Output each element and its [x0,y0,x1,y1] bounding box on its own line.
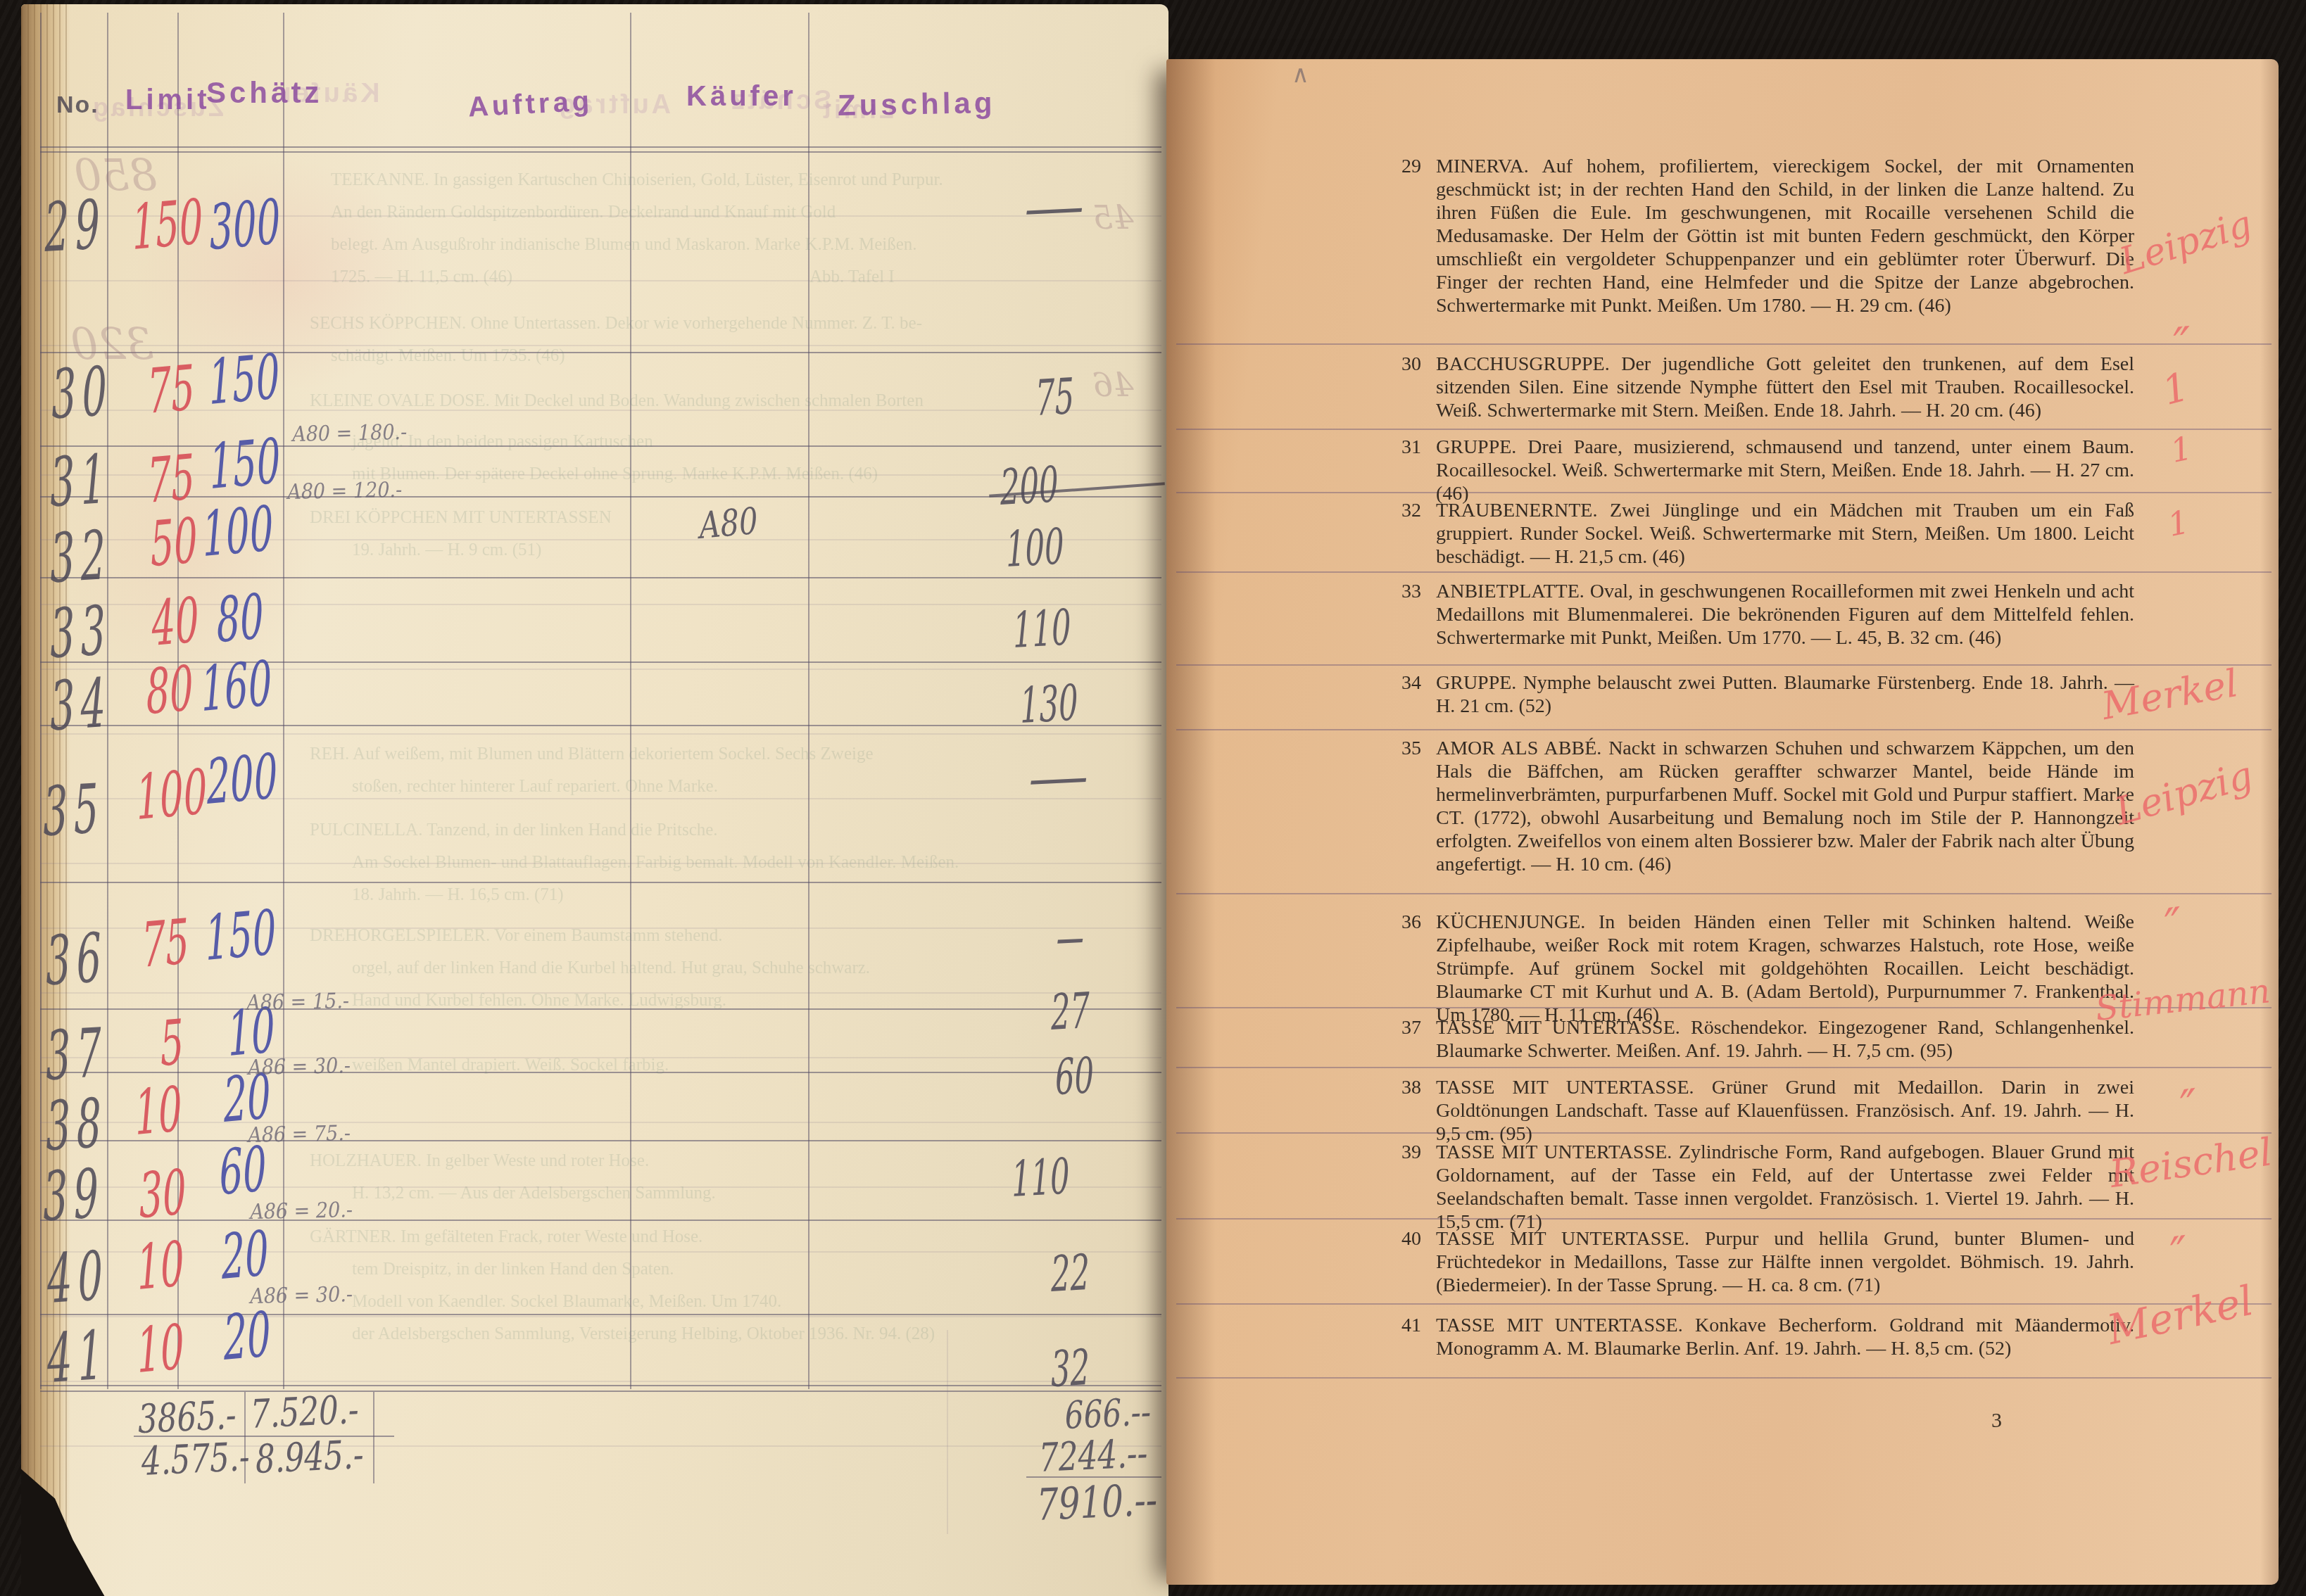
bleed-through-number: 45 [1092,198,1134,236]
lot-number: 36 [1368,911,1421,934]
column-rule [40,13,42,1389]
scanned-book-spread: No.LimitSchätzAuftragKäuferZuschlagZusch… [0,0,2306,1596]
item-separator [1176,343,2272,345]
gutter-shadow [1166,59,1216,1585]
row-separator [40,1140,1161,1141]
zuschlag-dash: — [1026,745,1090,811]
bleed-through-text: 18. Jahrh. — H. 16,5 cm. (71) [352,885,564,905]
lot-description: TASSE MIT UNTERTASSE. Purpur und hellila… [1436,1227,2134,1297]
bleed-through-text: stoßen, rechter hinterer Lauf repariert.… [352,777,718,797]
lot-description: GRUPPE. Drei Paare, musizierend, schmaus… [1436,436,2134,505]
row-separator [40,1314,1161,1315]
bleed-through-text: SECHS KÖPPCHEN. Ohne Untertassen. Dekor … [310,314,922,334]
bleed-through-text: 1725. — H. 11,5 cm. (46) [331,267,512,287]
zuschlag-value: 60 [1054,1046,1095,1106]
lot-number-handwritten: 34 [49,664,112,746]
lot-description: BACCHUSGRUPPE. Der jugendliche Gott gele… [1436,353,2134,422]
bleed-through-text: TEEKANNE. In gassigen Kartuschen Chinois… [331,170,943,190]
bleed-through-text: belegt. Am Ausgußrohr indianische Blumen… [331,235,917,255]
lot-description: ANBIETPLATTE. Oval, in geschwungenen Roc… [1436,580,2134,650]
row-separator [40,725,1161,726]
bleed-through-text: H. 13,2 cm. — Aus der Adelsbergschen Sam… [352,1184,716,1203]
bleed-through-text: tem Dreispitz, in der linken Hand den Sp… [352,1260,674,1279]
limit-value: 100 [135,755,208,834]
limit-value: 5 [159,1006,185,1080]
kaeufer-value: A80 [698,500,759,547]
limit-value: 75 [141,905,190,982]
bleed-through-number: 46 [1092,366,1134,404]
margin-annotation-red: 1 [2167,429,2195,470]
bleed-through-text: schädigt. Meißen. Um 1735. (46) [331,346,565,366]
totals-rule [947,1330,948,1534]
lot-number: 35 [1368,737,1421,760]
lot-description: AMOR ALS ABBÉ. Nackt in schwarzen Schuhe… [1436,737,2134,876]
zuschlag-value: 32 [1050,1338,1090,1398]
lot-number-handwritten: 41 [46,1316,109,1398]
lot-number-handwritten: 32 [49,516,112,598]
lot-number: 34 [1368,671,1421,695]
bleed-through-text: HOLZHAUER. In gelber Weste und roter Hos… [310,1151,649,1171]
item-separator [1176,1303,2272,1305]
item-separator [1176,729,2272,730]
lot-description: TASSE MIT UNTERTASSE. Grüner Grund mit M… [1436,1076,2134,1146]
bleed-through-text: DREI KÖPPCHEN MIT UNTERTASSEN [310,508,612,528]
schaetz-value: 160 [200,647,273,726]
header-rule [40,146,1161,148]
bleed-through-text: An den Rändern Goldspitzenbordüren. Deck… [331,203,836,222]
row-separator [40,1391,1161,1392]
bleed-through-text: weißen Mantel drapiert. Weiß. Sockel far… [352,1056,669,1075]
bleed-through-text: mit Blumen. Der spätere Deckel ohne Spru… [352,464,878,484]
zuschlag-value: 22 [1050,1243,1090,1303]
limit-value: 50 [149,504,199,581]
schaetz-value: 20 [222,1298,272,1374]
printed-row-rule [40,1122,1161,1123]
item-separator [1176,571,2272,573]
ghost-stamp: Zuschlag [90,93,224,122]
lot-description: GRUPPE. Nymphe belauscht zwei Putten. Bl… [1436,671,2134,718]
pencil-mark: ∧ [1292,61,1309,89]
row-separator [40,577,1161,578]
bleed-through-text: Modell von Kaendler. Sockel Blaumarke, M… [352,1292,781,1312]
bleed-through-text: orgel, auf der linken Hand die Kurbel ha… [352,958,870,978]
schaetz-value: 100 [201,492,275,571]
auftrag-note: A86 = 75.- [248,1121,351,1148]
schaetz-value: 150 [204,896,277,975]
auftrag-note: A86 = 30.- [248,1053,351,1080]
bleed-through-text: Hand und Kurbel fehlen. Ohne Marke. Ludw… [352,991,726,1011]
bleed-through-number: 850 [74,149,157,201]
lot-number: 30 [1368,353,1421,376]
column-rule [283,13,284,1389]
lot-description: MINERVA. Auf hohem, profiliertem, vierec… [1436,155,2134,317]
item-separator [1176,429,2272,430]
limit-value: 80 [145,652,194,728]
lot-number: 39 [1368,1141,1421,1164]
schaetz-value: 150 [208,424,282,503]
limit-value: 10 [136,1310,185,1387]
bleed-through-text: Abb. Tafel I [809,267,895,287]
limit-value: 10 [134,1072,183,1149]
ghost-stamp: Limit [820,95,895,125]
row-separator [40,1385,1161,1386]
zuschlag-value: 75 [1035,367,1075,427]
margin-annotation-red: ″ [2168,1227,2192,1281]
lot-number: 32 [1368,499,1421,522]
schaetz-value: 20 [220,1217,270,1293]
margin-annotation-red: 1 [2165,502,2193,544]
total-zuschlag_total: 7910.-- [1036,1474,1158,1531]
ghost-stamp: Käufer [278,79,379,109]
item-separator [1176,664,2272,666]
bleed-through-text: Am Sockel Blumen- und Blattauflagen. Far… [352,853,959,873]
bleed-through-text: DREHORGELSPIELER. Vor einem Baumstamm st… [310,926,723,946]
page-number: 3 [1991,1409,2002,1433]
lot-description: TASSE MIT UNTERTASSE. Röschendekor. Eing… [1436,1016,2134,1063]
printed-row-rule [40,280,1161,281]
ledger-page-left: No.LimitSchätzAuftragKäuferZuschlagZusch… [21,4,1168,1596]
totals-rule [373,1392,374,1483]
row-separator [40,1220,1161,1221]
row-separator [40,882,1161,883]
schaetz-value: 300 [208,185,282,264]
schaetz-value: 80 [215,580,265,657]
limit-value: 75 [146,351,196,428]
zuschlag-value: 200 [1000,455,1059,517]
bleed-through-text: der Adelsbergschen Sammlung, Versteigeru… [352,1324,935,1344]
total-schaetz_sum_2: 8.945.- [255,1432,364,1483]
margin-annotation-red: ″ [2178,1079,2202,1134]
margin-annotation-red: ″ [2162,898,2186,952]
page-edge-shadow [2260,59,2279,1585]
ghost-stamp: Schätz [729,86,831,116]
margin-annotation-red: 1 [2157,364,2193,414]
zuschlag-value: 100 [1005,517,1065,578]
zuschlag-value: 110 [1012,598,1072,659]
item-separator [1176,1377,2272,1379]
margin-annotation-red: ″ [2172,317,2193,372]
schaetz-value: 150 [208,340,281,419]
bleed-through-text: jagend. In den beiden passigen Kartusche… [352,432,653,452]
auftrag-note: A86 = 30.- [250,1282,353,1309]
bleed-through-text: GÄRTNER. Im gefälteten Frack, roter West… [310,1227,702,1247]
lot-number: 31 [1368,436,1421,459]
catalog-page-right: 29MINERVA. Auf hohem, profiliertem, vier… [1166,59,2279,1585]
ghost-stamp: Auftrag [556,90,671,120]
zuschlag-dash: — [1022,175,1086,241]
limit-value: 10 [136,1227,185,1304]
lot-number-handwritten: 35 [42,769,105,851]
lot-number: 38 [1368,1076,1421,1099]
lot-description: TASSE MIT UNTERTASSE. Zylindrische Form,… [1436,1141,2134,1234]
item-separator [1176,893,2272,894]
lot-number: 33 [1368,580,1421,603]
margin-annotation-red: Leipzig [2115,203,2257,283]
zuschlag-value: 110 [1011,1147,1071,1208]
lot-description: KÜCHENJUNGE. In beiden Händen einen Tell… [1436,911,2134,1027]
auftrag-note: A86 = 15.- [246,989,349,1015]
printed-row-rule [40,1381,1161,1382]
lot-number-handwritten: 31 [49,440,112,522]
lot-number-handwritten: 39 [42,1154,105,1236]
header-rule [40,151,1161,153]
bleed-through-number: 320 [70,318,153,369]
zuschlag-value: 27 [1050,982,1090,1041]
auftrag-note: A86 = 20.- [250,1198,353,1224]
bleed-through-text: KLEINE OVALE DOSE. Mit Deckel und Boden.… [310,391,924,411]
lot-number-handwritten: 36 [45,918,108,1001]
lot-description: TRAUBENERNTE. Zwei Jünglinge und ein Mäd… [1436,499,2134,569]
zuschlag-dash: – [1053,905,1087,970]
lot-number: 37 [1368,1016,1421,1039]
printed-row-rule [40,1316,1161,1317]
lot-description: TASSE MIT UNTERTASSE. Konkave Becherform… [1436,1314,2134,1360]
item-separator [1176,1067,2272,1068]
zuschlag-value: 130 [1019,673,1079,735]
bleed-through-text: PULCINELLA. Tanzend, in der linken Hand … [310,821,718,840]
total-limit_sum_2: 4.575.- [141,1434,250,1485]
lot-number: 41 [1368,1314,1421,1337]
lot-number: 40 [1368,1227,1421,1250]
bleed-through-text: 19. Jahrh. — H. 9 cm. (51) [352,540,541,560]
schaetz-value: 200 [206,740,279,818]
limit-value: 40 [151,583,200,660]
lot-number-handwritten: 40 [46,1236,109,1319]
printed-row-rule [40,1251,1161,1253]
printed-row-rule [40,733,1161,735]
total-schaetz_sum_1: 7.520.- [250,1387,359,1438]
lot-number: 29 [1368,155,1421,178]
lot-number-handwritten: 37 [45,1013,108,1096]
printed-row-rule [40,604,1161,605]
total-zuschlag_carry: 7244.-- [1038,1431,1148,1481]
bleed-through-text: REH. Auf weißem, mit Blumen und Blättern… [310,745,874,764]
limit-value: 30 [138,1155,187,1232]
lot-number-handwritten: 33 [49,591,112,673]
